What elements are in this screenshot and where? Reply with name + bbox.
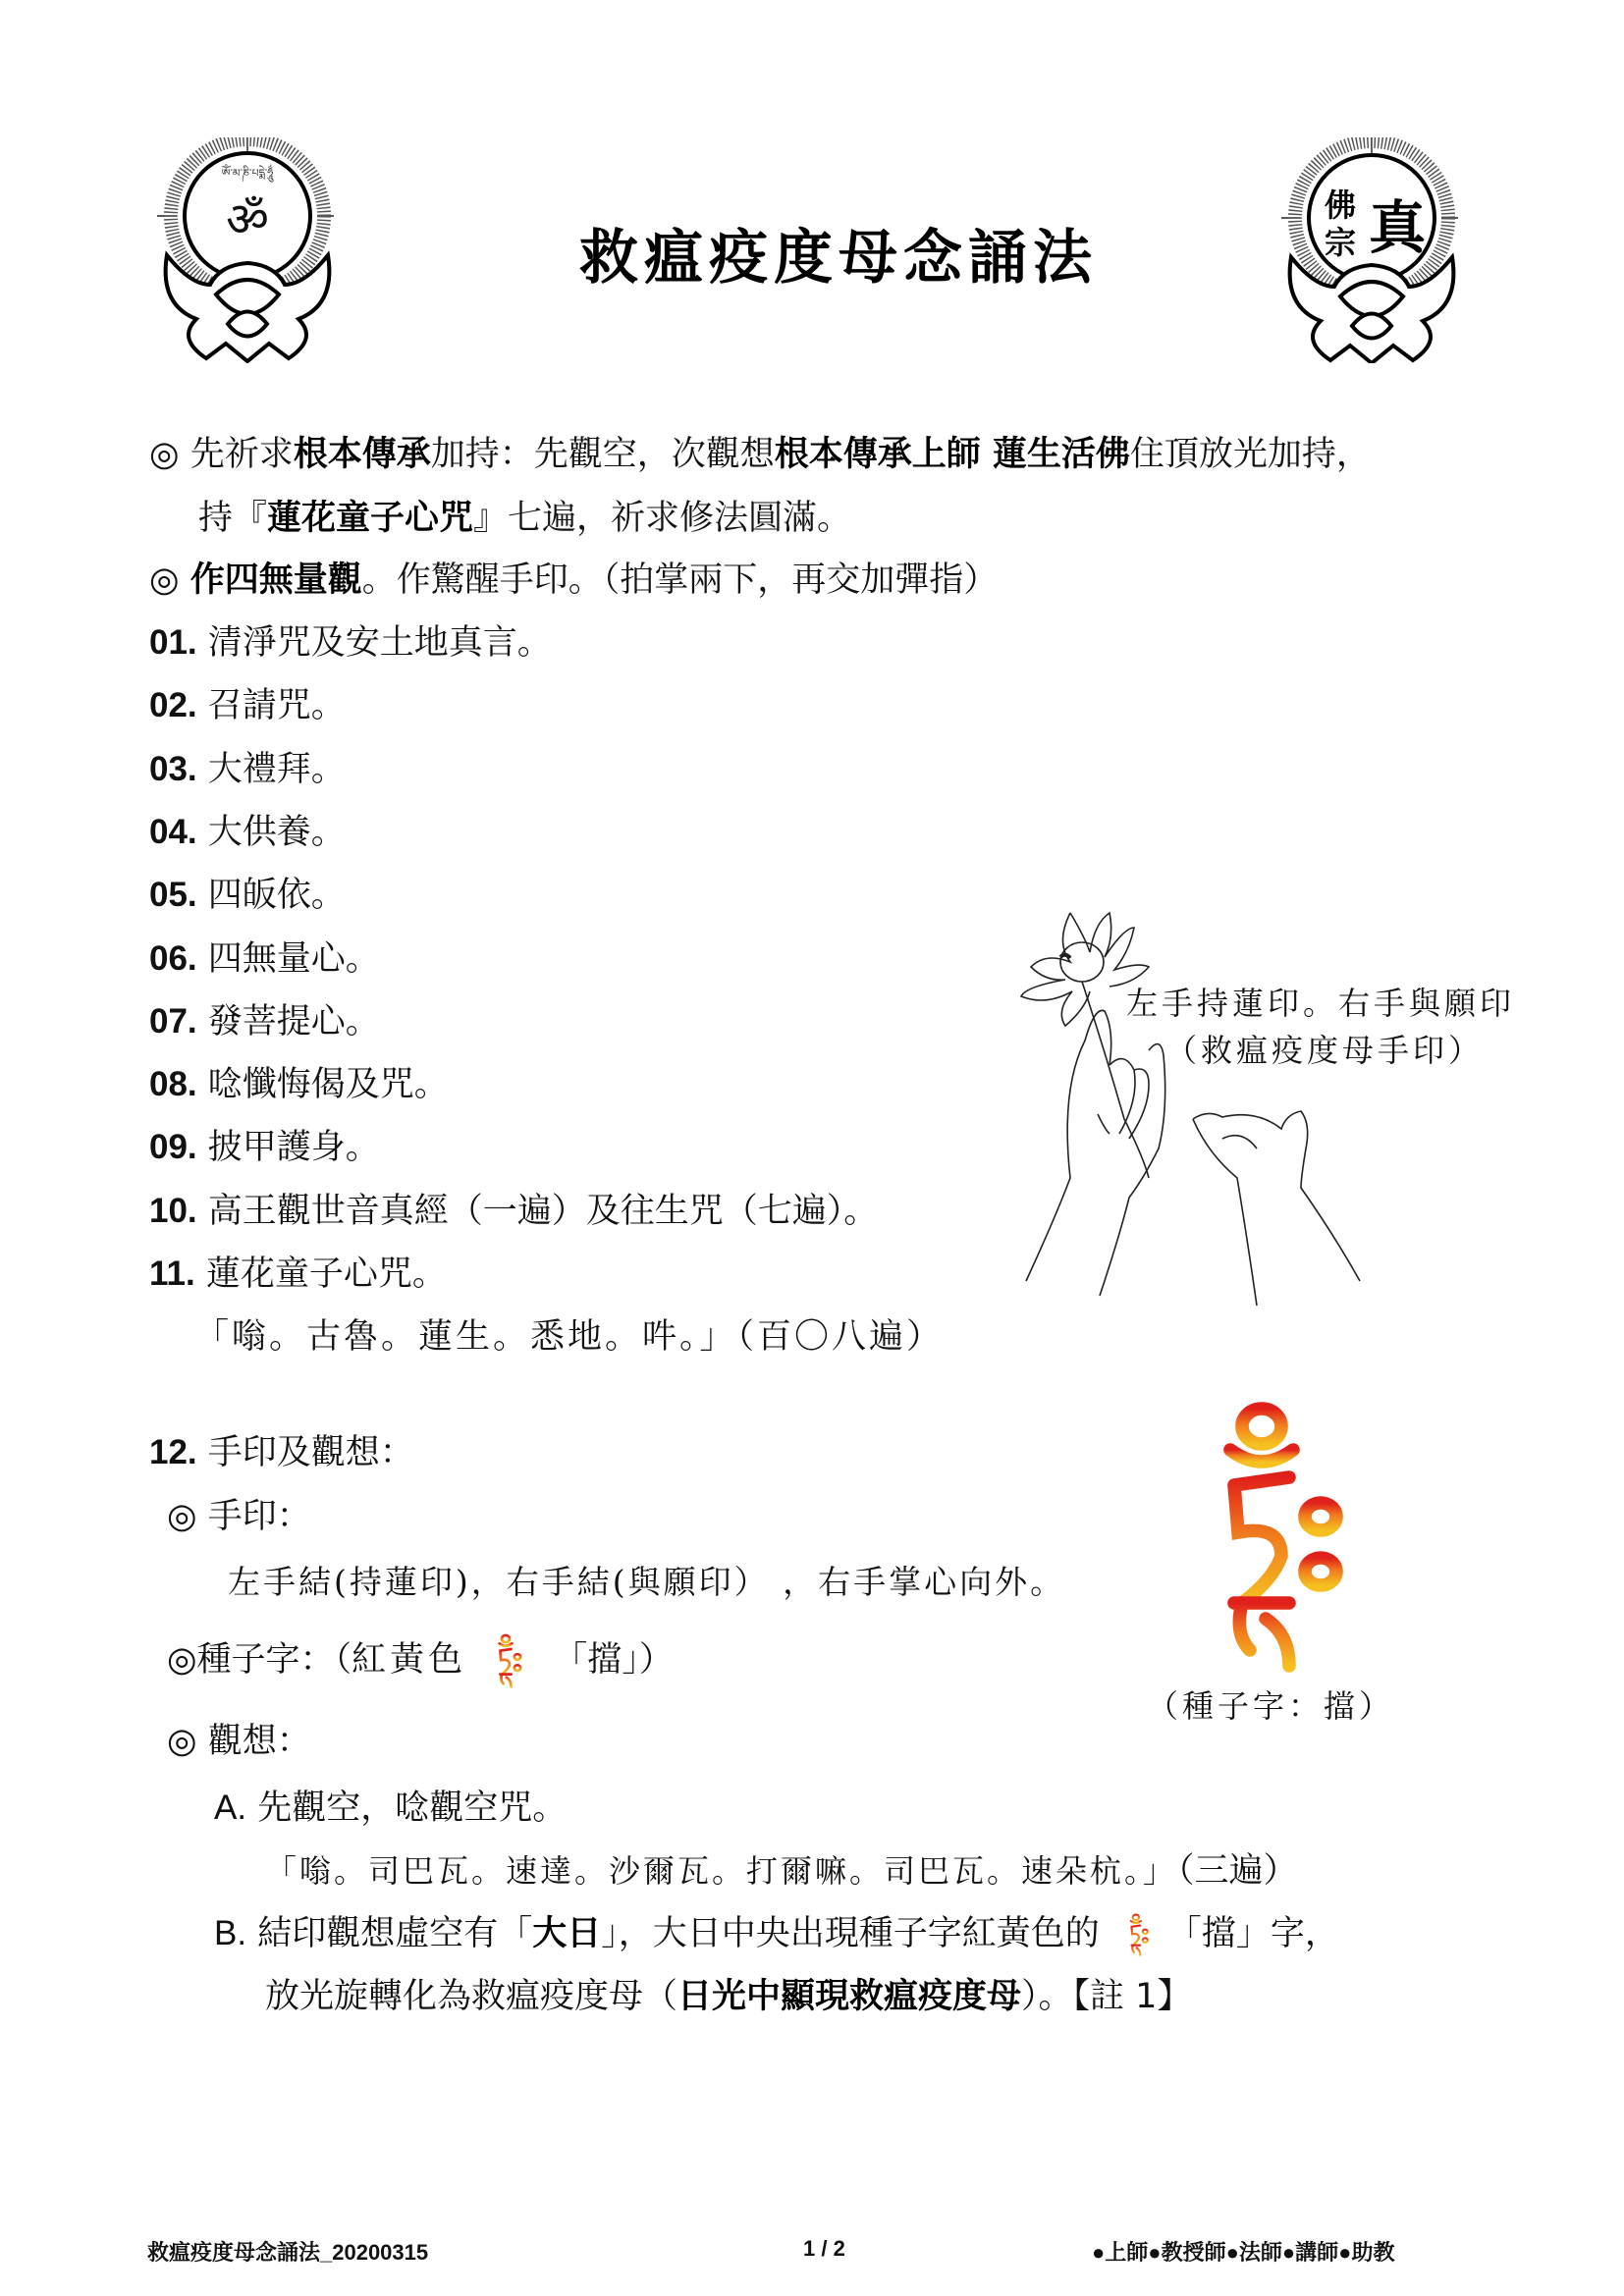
step-text: 大供養。 (208, 813, 346, 852)
mudra-illustration (1011, 893, 1600, 1335)
mudra-text: 左手結(持蓮印)，右手結(與願印） ，右手掌心向外。 (228, 1561, 1065, 1604)
svg-text:真: 真 (1369, 194, 1428, 261)
step-number: 04. (149, 813, 197, 851)
step-text: 四無量心。 (208, 939, 380, 979)
true-buddha-school-icon: 真 佛 宗 (1281, 137, 1458, 363)
step-text: 大禮拜。 (208, 750, 346, 789)
bullet-double-circle: ◎ (149, 435, 180, 474)
seed-figure-caption: （種子字：擋） (1147, 1684, 1394, 1728)
step-item: 03. 大禮拜。 (149, 748, 346, 791)
left-logo-emblem: ॐ ཨོཾ་མ་ཎི་པདྨེ་ཧཱུྂ (157, 137, 334, 363)
seed-syllable-figure (1203, 1399, 1360, 1674)
step-11-mantra: 「嗡。古魯。蓮生。悉地。吽。」（百〇八遍） (194, 1315, 944, 1359)
visualization-b-line2: 放光旋轉化為救瘟疫度母（日光中顯現救瘟疫度母）。【註 1】 (265, 1975, 1191, 2018)
svg-text:ॐ: ॐ (226, 192, 269, 247)
step-text: 蓮花童子心咒。 (206, 1255, 447, 1294)
step-item: 08. 唸懺悔偈及咒。 (149, 1063, 449, 1106)
step-item: 09. 披甲護身。 (149, 1126, 380, 1169)
om-sun-lotus-icon: ॐ ཨོཾ་མ་ཎི་པདྨེ་ཧཱུྂ (157, 137, 334, 363)
step-item: 06. 四無量心。 (149, 937, 380, 981)
step-number: 05. (149, 876, 197, 914)
lotus-holding-hands-icon (1011, 893, 1600, 1335)
step-item: 05. 四皈依。 (149, 874, 346, 917)
right-hand (1193, 1111, 1360, 1306)
step-number: 07. (149, 1002, 197, 1041)
svg-text:佛: 佛 (1325, 187, 1356, 224)
intro-line-2: 持『蓮花童子心咒』七遍，祈求修法圓滿。 (198, 497, 851, 540)
step-number: 10. (149, 1192, 197, 1230)
step-number: 03. (149, 750, 197, 788)
step-item: 02. 召請咒。 (149, 684, 346, 727)
step-item: 04. 大供養。 (149, 811, 346, 854)
intro-line-3: ◎ 作四無量觀。作驚醒手印。（拍掌兩下，再交加彈指） (149, 559, 998, 602)
visualization-a-mantra: 「嗡。司巴瓦。速達。沙爾瓦。打爾嘛。司巴瓦。速朵杭。」（三遍） (265, 1849, 1298, 1893)
step-number: 01. (149, 623, 197, 662)
seed-syllable-icon (1126, 1913, 1152, 1956)
step-12-title: 12. 手印及觀想： (149, 1431, 414, 1474)
visualization-a: A. 先觀空，唸觀空咒。 (214, 1787, 567, 1830)
step-text: 四皈依。 (208, 876, 346, 915)
step-item: 07. 發菩提心。 (149, 1000, 380, 1043)
footer-page-number: 1 / 2 (803, 2236, 845, 2262)
step-text: 召請咒。 (208, 686, 346, 725)
left-hand (1026, 1010, 1165, 1296)
visualization-b: B. 結印觀想虛空有「大日」，大日中央出現種子字紅黃色的 「擋」字， (214, 1912, 1339, 1956)
seed-syllable-heading: ◎種子字：（紅黃色 「擋」） (167, 1633, 674, 1688)
step-number: 06. (149, 939, 197, 978)
step-item: 10. 高王觀世音真經（一遍）及往生咒（七遍）。 (149, 1190, 878, 1233)
step-number: 02. (149, 686, 197, 724)
seed-syllable-icon (493, 1633, 526, 1688)
step-text: 披甲護身。 (208, 1128, 380, 1167)
svg-text:宗: 宗 (1325, 224, 1356, 261)
step-text: 高王觀世音真經（一遍）及往生咒（七遍）。 (208, 1192, 879, 1231)
step-number: 08. (149, 1065, 197, 1103)
step-text: 唸懺悔偈及咒。 (208, 1065, 449, 1104)
right-logo-emblem: 真 佛 宗 (1281, 137, 1458, 363)
visualization-heading: ◎ 觀想： (167, 1720, 311, 1763)
footer-doc-name: 救瘟疫度母念誦法_20200315 (147, 2236, 428, 2267)
step-number: 11. (149, 1255, 195, 1293)
step-item: 01. 清淨咒及安土地真言。 (149, 621, 552, 665)
step-text: 清淨咒及安土地真言。 (208, 623, 552, 663)
step-text: 發菩提心。 (208, 1002, 380, 1041)
footer-roles: ●上師●教授師●法師●講師●助教 (1092, 2236, 1394, 2267)
mudra-caption-2: （救瘟疫度母手印） (1165, 1029, 1484, 1072)
page-title: 救瘟疫度母念誦法 (579, 211, 1098, 295)
mudra-caption-1: 左手持蓮印。右手與願印 (1126, 982, 1515, 1025)
mudra-heading: ◎ 手印： (167, 1495, 311, 1538)
step-item: 11. 蓮花童子心咒。 (149, 1253, 447, 1296)
step-number: 09. (149, 1128, 197, 1166)
intro-line-1: ◎ 先祈求根本傳承加持：先觀空，次觀想根本傳承上師 蓮生活佛住頂放光加持， (149, 433, 1371, 476)
seed-syllable-large-icon (1203, 1399, 1360, 1674)
bullet-double-circle: ◎ (149, 561, 180, 600)
